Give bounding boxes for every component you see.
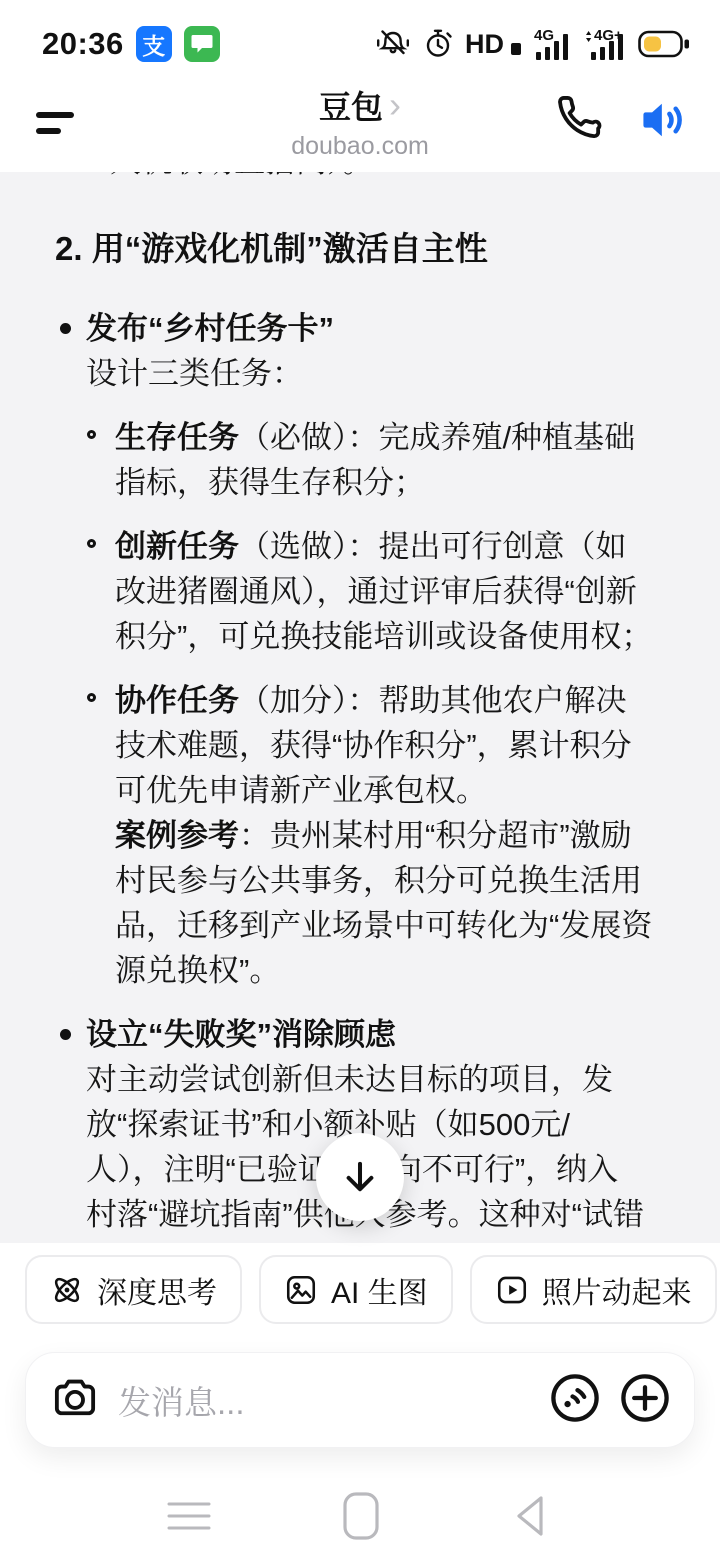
image-icon [284, 1273, 318, 1307]
video-play-icon [495, 1273, 529, 1307]
signal-4g-plus-icon: 4G+ [583, 27, 627, 61]
page-title: 豆包 [319, 82, 383, 128]
hd-voice-icon: HD [465, 28, 523, 60]
bullet-dot-icon [60, 323, 71, 334]
status-time: 20:36 [42, 26, 124, 62]
page-subtitle: doubao.com [291, 132, 429, 161]
text-line: 品，迁移到产业场景中可转化为“发展资 [115, 903, 720, 948]
chevron-right-icon: › [389, 89, 401, 121]
text-line: 改进猪圈通风），通过评审后获得“创新 [115, 569, 720, 614]
text-line: 可优先申请新产业承包权。 [115, 768, 720, 813]
alipay-notification-icon: 支 [136, 26, 172, 62]
message-input[interactable]: 发消息... [118, 1377, 548, 1424]
atom-icon [50, 1273, 84, 1307]
deep-think-chip[interactable]: 深度思考 [25, 1255, 242, 1324]
scroll-to-bottom-button[interactable] [316, 1133, 404, 1221]
voice-call-button[interactable] [556, 96, 602, 147]
status-bar: 20:36 支 [0, 0, 720, 80]
menu-button[interactable] [36, 104, 86, 148]
bullet-circle-icon [87, 430, 96, 439]
sub-list-item: 生存任务（必做）：完成养殖/种植基础指标，获得生存积分； [0, 415, 720, 505]
read-aloud-button[interactable] [638, 94, 690, 151]
ai-image-chip[interactable]: AI 生图 [259, 1255, 453, 1324]
clipped-text-line: 人机联动直播间）。 [110, 172, 720, 184]
system-navigation-bar [0, 1472, 720, 1560]
home-button[interactable] [338, 1491, 384, 1541]
list-item: 发布“乡村任务卡”设计三类任务： [0, 306, 720, 396]
message-input-bar[interactable]: 发消息... [25, 1352, 695, 1448]
svg-text:4G: 4G [534, 27, 554, 44]
app-header: 豆包 › doubao.com [0, 80, 720, 172]
messages-notification-icon [184, 26, 220, 62]
back-button[interactable] [510, 1493, 554, 1539]
bullet-circle-icon [87, 693, 96, 702]
message-body: 发布“乡村任务卡”设计三类任务：生存任务（必做）：完成养殖/种植基础指标，获得生… [0, 306, 720, 1237]
quick-actions-toolbar: 深度思考 AI 生图 照片动起来 帮 [0, 1255, 720, 1325]
bullet-circle-icon [87, 539, 96, 548]
text-line: 指标，获得生存积分； [115, 460, 720, 505]
text-line: 村落“避坑指南”供他人参考。这种对“试错 [86, 1192, 720, 1237]
text-line: 发布“乡村任务卡” [86, 306, 720, 351]
section-heading: 2. 用“游戏化机制”激活自主性 [55, 226, 690, 271]
svg-text:HD: HD [465, 29, 504, 59]
voice-input-button[interactable] [548, 1371, 602, 1430]
text-line: 设计三类任务： [86, 351, 720, 396]
bullet-dot-icon [60, 1029, 71, 1040]
battery-icon [638, 29, 690, 59]
text-line: 案例参考：贵州某村用“积分超市”激励 [115, 813, 720, 858]
menu-line [36, 128, 61, 134]
sub-list-item: 创新任务（选做）：提出可行创意（如改进猪圈通风），通过评审后获得“创新积分”，可… [0, 524, 720, 659]
text-line: 村民参与公共事务，积分可兑换生活用 [115, 858, 720, 903]
add-attachment-button[interactable] [618, 1371, 672, 1430]
text-line: 设立“失败奖”消除顾虑 [86, 1012, 720, 1057]
recents-button[interactable] [166, 1493, 212, 1539]
text-line: 创新任务（选做）：提出可行创意（如 [115, 524, 720, 569]
arrow-down-icon [339, 1156, 381, 1198]
chat-message-area[interactable]: 人机联动直播间）。 2. 用“游戏化机制”激活自主性 发布“乡村任务卡”设计三类… [0, 172, 720, 1243]
text-line: 协作任务（加分）：帮助其他农户解决 [115, 678, 720, 723]
text-line: 对主动尝试创新但未达目标的项目，发 [86, 1057, 720, 1102]
camera-button[interactable] [52, 1377, 98, 1424]
alarm-clock-icon [422, 28, 454, 60]
text-line: 技术难题，获得“协作积分”，累计积分 [115, 723, 720, 768]
sub-list-item: 协作任务（加分）：帮助其他农户解决技术难题，获得“协作积分”，累计积分可优先申请… [0, 678, 720, 993]
menu-line [36, 112, 74, 118]
text-line: 生存任务（必做）：完成养殖/种植基础 [115, 415, 720, 460]
chip-label: AI 生图 [331, 1268, 428, 1312]
vibrate-icon [375, 28, 411, 60]
chip-label: 深度思考 [97, 1268, 217, 1312]
signal-4g-icon: 4G [534, 27, 572, 61]
text-line: 积分”，可兑换技能培训或设备使用权； [115, 614, 720, 659]
text-line: 放“探索证书”和小额补贴（如500元/ [86, 1102, 720, 1147]
chip-label: 照片动起来 [542, 1268, 692, 1312]
text-line: 源兑换权”。 [115, 948, 720, 993]
conversation-title[interactable]: 豆包 › doubao.com [291, 82, 429, 161]
animate-photo-chip[interactable]: 照片动起来 [470, 1255, 717, 1324]
